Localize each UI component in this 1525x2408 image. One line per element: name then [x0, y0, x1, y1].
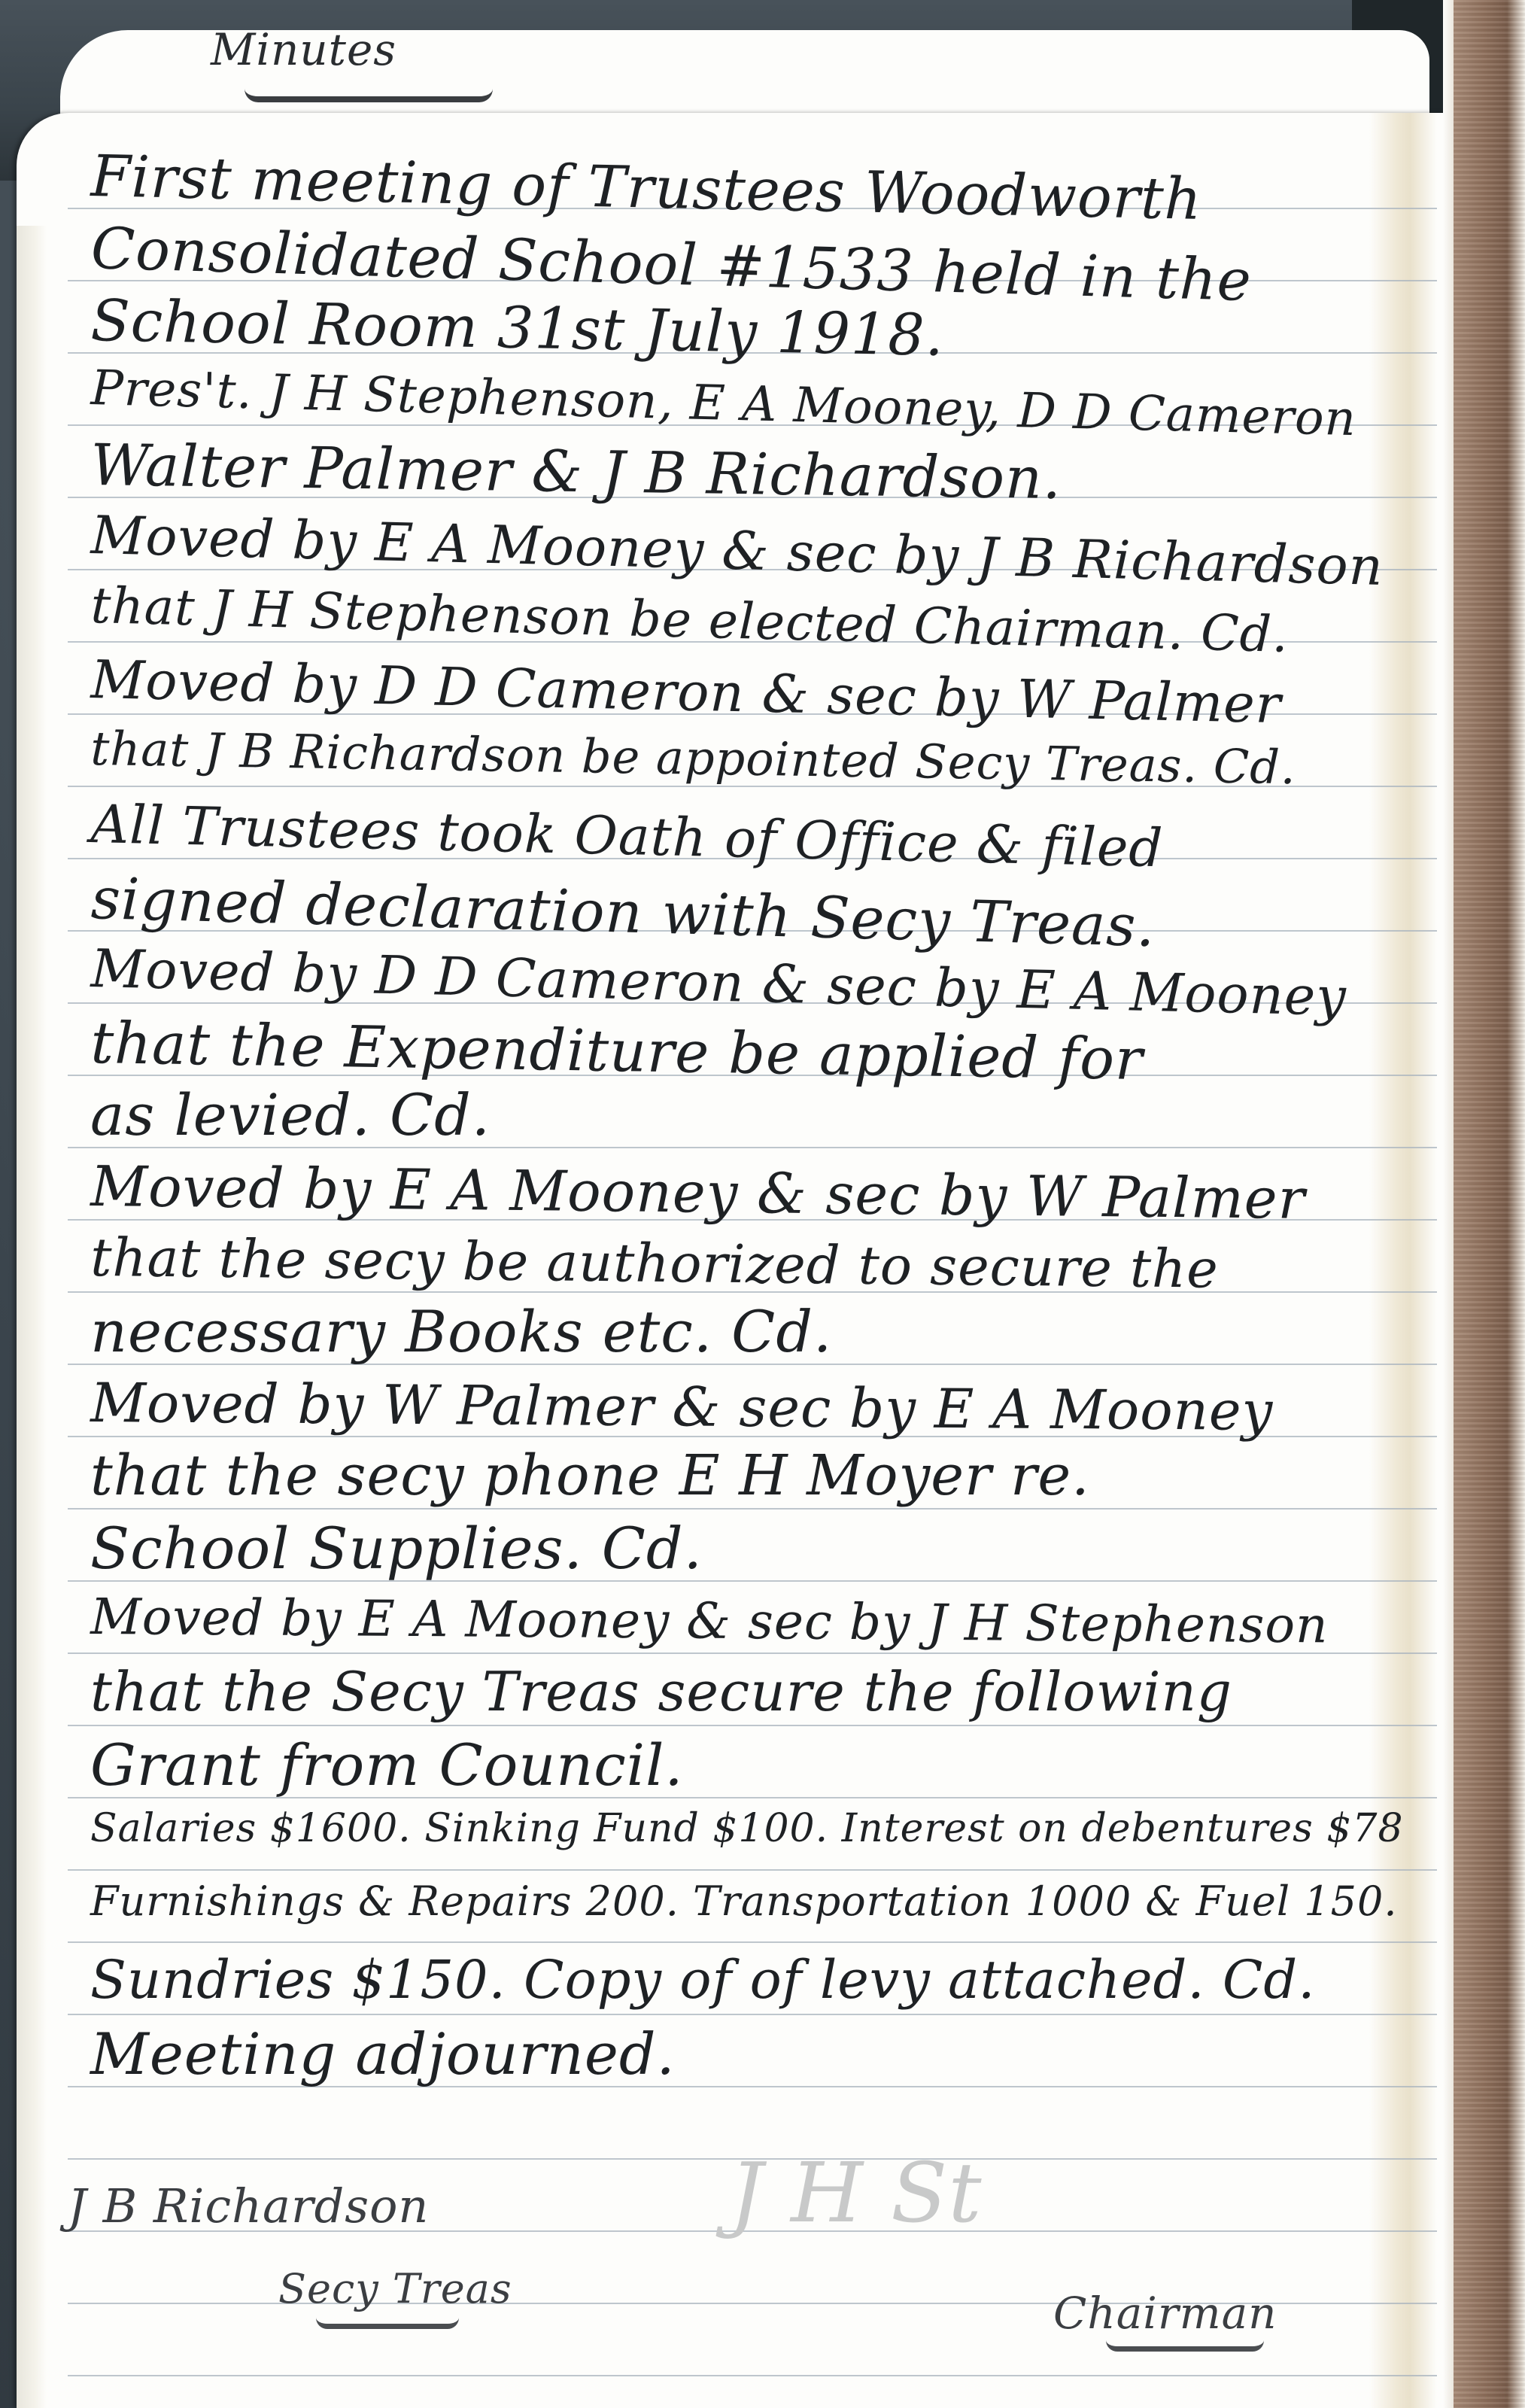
chairman-faint-signature: J H St [730, 2145, 983, 2241]
minutes-line: Grant from Council. [90, 1737, 684, 1794]
minutes-line: Salaries $1600. Sinking Fund $100. Inter… [90, 1809, 1404, 1848]
heading-underline [245, 89, 493, 102]
minutes-line: as levied. Cd. [90, 1087, 491, 1144]
page-heading: Minutes [211, 24, 396, 75]
chairman-title-underline [1106, 2340, 1264, 2352]
ruled-line [68, 1869, 1437, 1871]
notebook-scene: Minutes First meeting of Trustees Woodwo… [0, 0, 1525, 2408]
minutes-line: Moved by E A Mooney & sec by J H Stephen… [90, 1592, 1329, 1650]
secretary-title-underline [316, 2318, 459, 2329]
minutes-line: Sundries $150. Copy of of levy attached.… [90, 1953, 1315, 2006]
minutes-line: Moved by E A Mooney & sec by W Palmer [90, 1159, 1305, 1227]
chairman-title: Chairman [1053, 2288, 1277, 2339]
secretary-title: Secy Treas [278, 2265, 512, 2312]
book-spine [1454, 0, 1525, 2408]
minutes-line: Furnishings & Repairs 200. Transportatio… [90, 1881, 1397, 1922]
ruled-line [68, 2375, 1437, 2376]
minutes-line: that the secy phone E H Moyer re. [90, 1448, 1090, 1503]
minutes-line: Moved by W Palmer & sec by E A Mooney [90, 1376, 1273, 1438]
minutes-line: that the secy be authorized to secure th… [90, 1231, 1219, 1296]
minutes-line: School Supplies. Cd. [90, 1520, 703, 1577]
ruled-line [68, 1941, 1437, 1943]
ruled-line [68, 1725, 1437, 1726]
ruled-line [68, 1508, 1437, 1510]
minutes-line: School Room 31st July 1918. [90, 292, 944, 364]
minutes-line: Walter Palmer & J B Richardson. [90, 436, 1062, 507]
ruled-line [68, 2014, 1437, 2015]
minutes-line: necessary Books etc. Cd. [90, 1303, 832, 1361]
minutes-line: Meeting adjourned. [90, 2026, 676, 2083]
page-left-edge [17, 226, 47, 2408]
minutes-line: that the Expenditure be applied for [90, 1014, 1144, 1088]
secretary-signature: J B Richardson [68, 2178, 429, 2233]
page-gutter-shadow [1369, 113, 1437, 2408]
minutes-line: that the Secy Treas secure the following [90, 1665, 1232, 1719]
